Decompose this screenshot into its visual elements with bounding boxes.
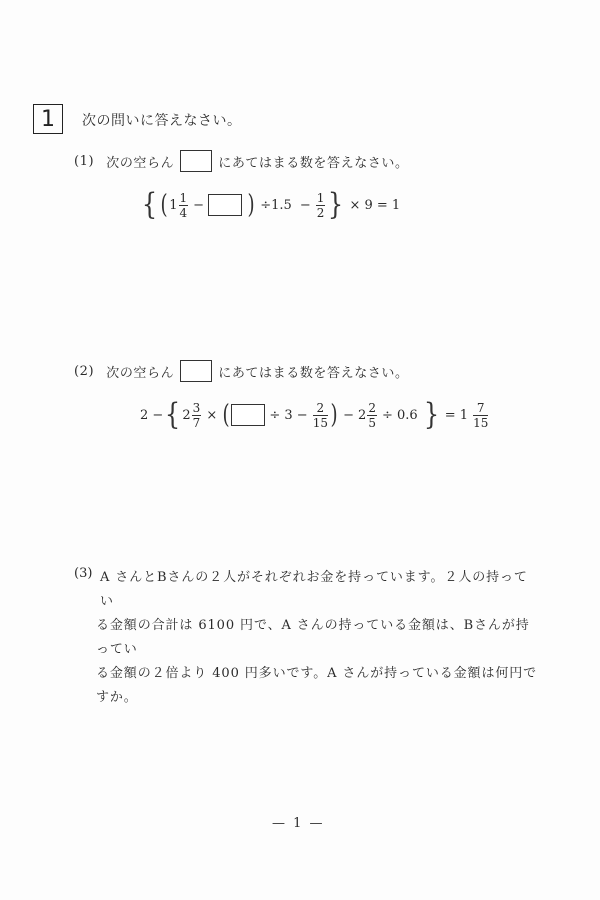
page-number: — 1 — (272, 816, 325, 831)
close-brace: } (424, 400, 439, 430)
question-2-prompt-after: にあてはまる数を答えなさい。 (218, 362, 408, 381)
denominator: 5 (368, 417, 376, 429)
open-paren: ( (161, 192, 168, 218)
text-line: る金額の合計は 6100 円で、A さんの持っている金額は、Bさんが持ってい (96, 614, 540, 662)
open-brace: { (165, 400, 180, 430)
question-2-label: (2) (74, 364, 94, 379)
numerator: 2 (367, 402, 377, 414)
mixed-whole: 2 (358, 408, 366, 423)
answer-blank-2[interactable] (231, 404, 265, 426)
divide-term: ÷1.5 (260, 198, 292, 213)
minus-sign: − (300, 198, 311, 213)
mixed-whole: 2 (182, 408, 190, 423)
question-2-prompt-before: 次の空らん (106, 362, 174, 381)
problem-instruction: 次の問いに答えなさい。 (82, 110, 242, 130)
numerator: 2 (316, 402, 326, 414)
fraction-1-4: 14 (179, 192, 189, 219)
problem-number-box: 1 (33, 104, 63, 134)
denominator: 4 (180, 207, 188, 219)
fraction-1-2: 12 (316, 192, 326, 219)
question-1-equation: { ( 1 14 − ) ÷1.5 − 12 } × 9 = 1 (140, 190, 404, 220)
mixed-whole: 1 (169, 198, 177, 213)
denominator: 7 (193, 417, 201, 429)
text-line: A さんとBさんの２人がそれぞれお金を持っています。２人の持ってい (100, 566, 540, 614)
numerator: 1 (179, 192, 189, 204)
text-line: る金額の２倍より 400 円多いです。A さんが持っている金額は何円ですか。 (96, 662, 540, 710)
fraction-2-15: 215 (313, 402, 328, 429)
fraction-7-15: 715 (473, 402, 488, 429)
close-paren: ) (248, 192, 255, 218)
question-1-label: (1) (74, 154, 94, 169)
lead-term: 2 − (140, 408, 163, 423)
numerator: 1 (316, 192, 326, 204)
open-paren: ( (223, 402, 230, 428)
problem-number: 1 (41, 107, 55, 132)
question-1-prompt-after: にあてはまる数を答えなさい。 (218, 152, 408, 171)
question-1-prompt: (1) 次の空らん にあてはまる数を答えなさい。 (74, 150, 409, 172)
open-brace: { (142, 190, 157, 220)
times-sign: × (206, 408, 217, 423)
question-2-equation: 2 − { 2 37 × ( ÷ 3 − 215 ) − 2 25 ÷ 0.6 … (140, 400, 489, 430)
question-3-label: (3) (74, 566, 92, 581)
question-1-prompt-before: 次の空らん (106, 152, 174, 171)
divide-term: ÷ 0.6 (382, 408, 418, 423)
close-paren: ) (331, 402, 338, 428)
fraction-2-5: 25 (367, 402, 377, 429)
question-2-prompt: (2) 次の空らん にあてはまる数を答えなさい。 (74, 360, 409, 382)
question-3-text: A さんとBさんの２人がそれぞれお金を持っています。２人の持ってい る金額の合計… (100, 566, 540, 710)
minus-sign: − (343, 408, 354, 423)
denominator: 2 (317, 207, 325, 219)
answer-blank-example (180, 360, 212, 382)
minus-sign: − (193, 198, 204, 213)
equals-term: = 1 (445, 408, 468, 423)
close-brace: } (328, 190, 343, 220)
divide-term: ÷ 3 − (269, 408, 307, 423)
numerator: 7 (476, 402, 486, 414)
answer-blank-example (180, 150, 212, 172)
times-equals: × 9 = 1 (349, 198, 400, 213)
denominator: 15 (473, 417, 488, 429)
answer-blank-1[interactable] (208, 194, 242, 216)
denominator: 15 (313, 417, 328, 429)
fraction-3-7: 37 (192, 402, 202, 429)
numerator: 3 (192, 402, 202, 414)
